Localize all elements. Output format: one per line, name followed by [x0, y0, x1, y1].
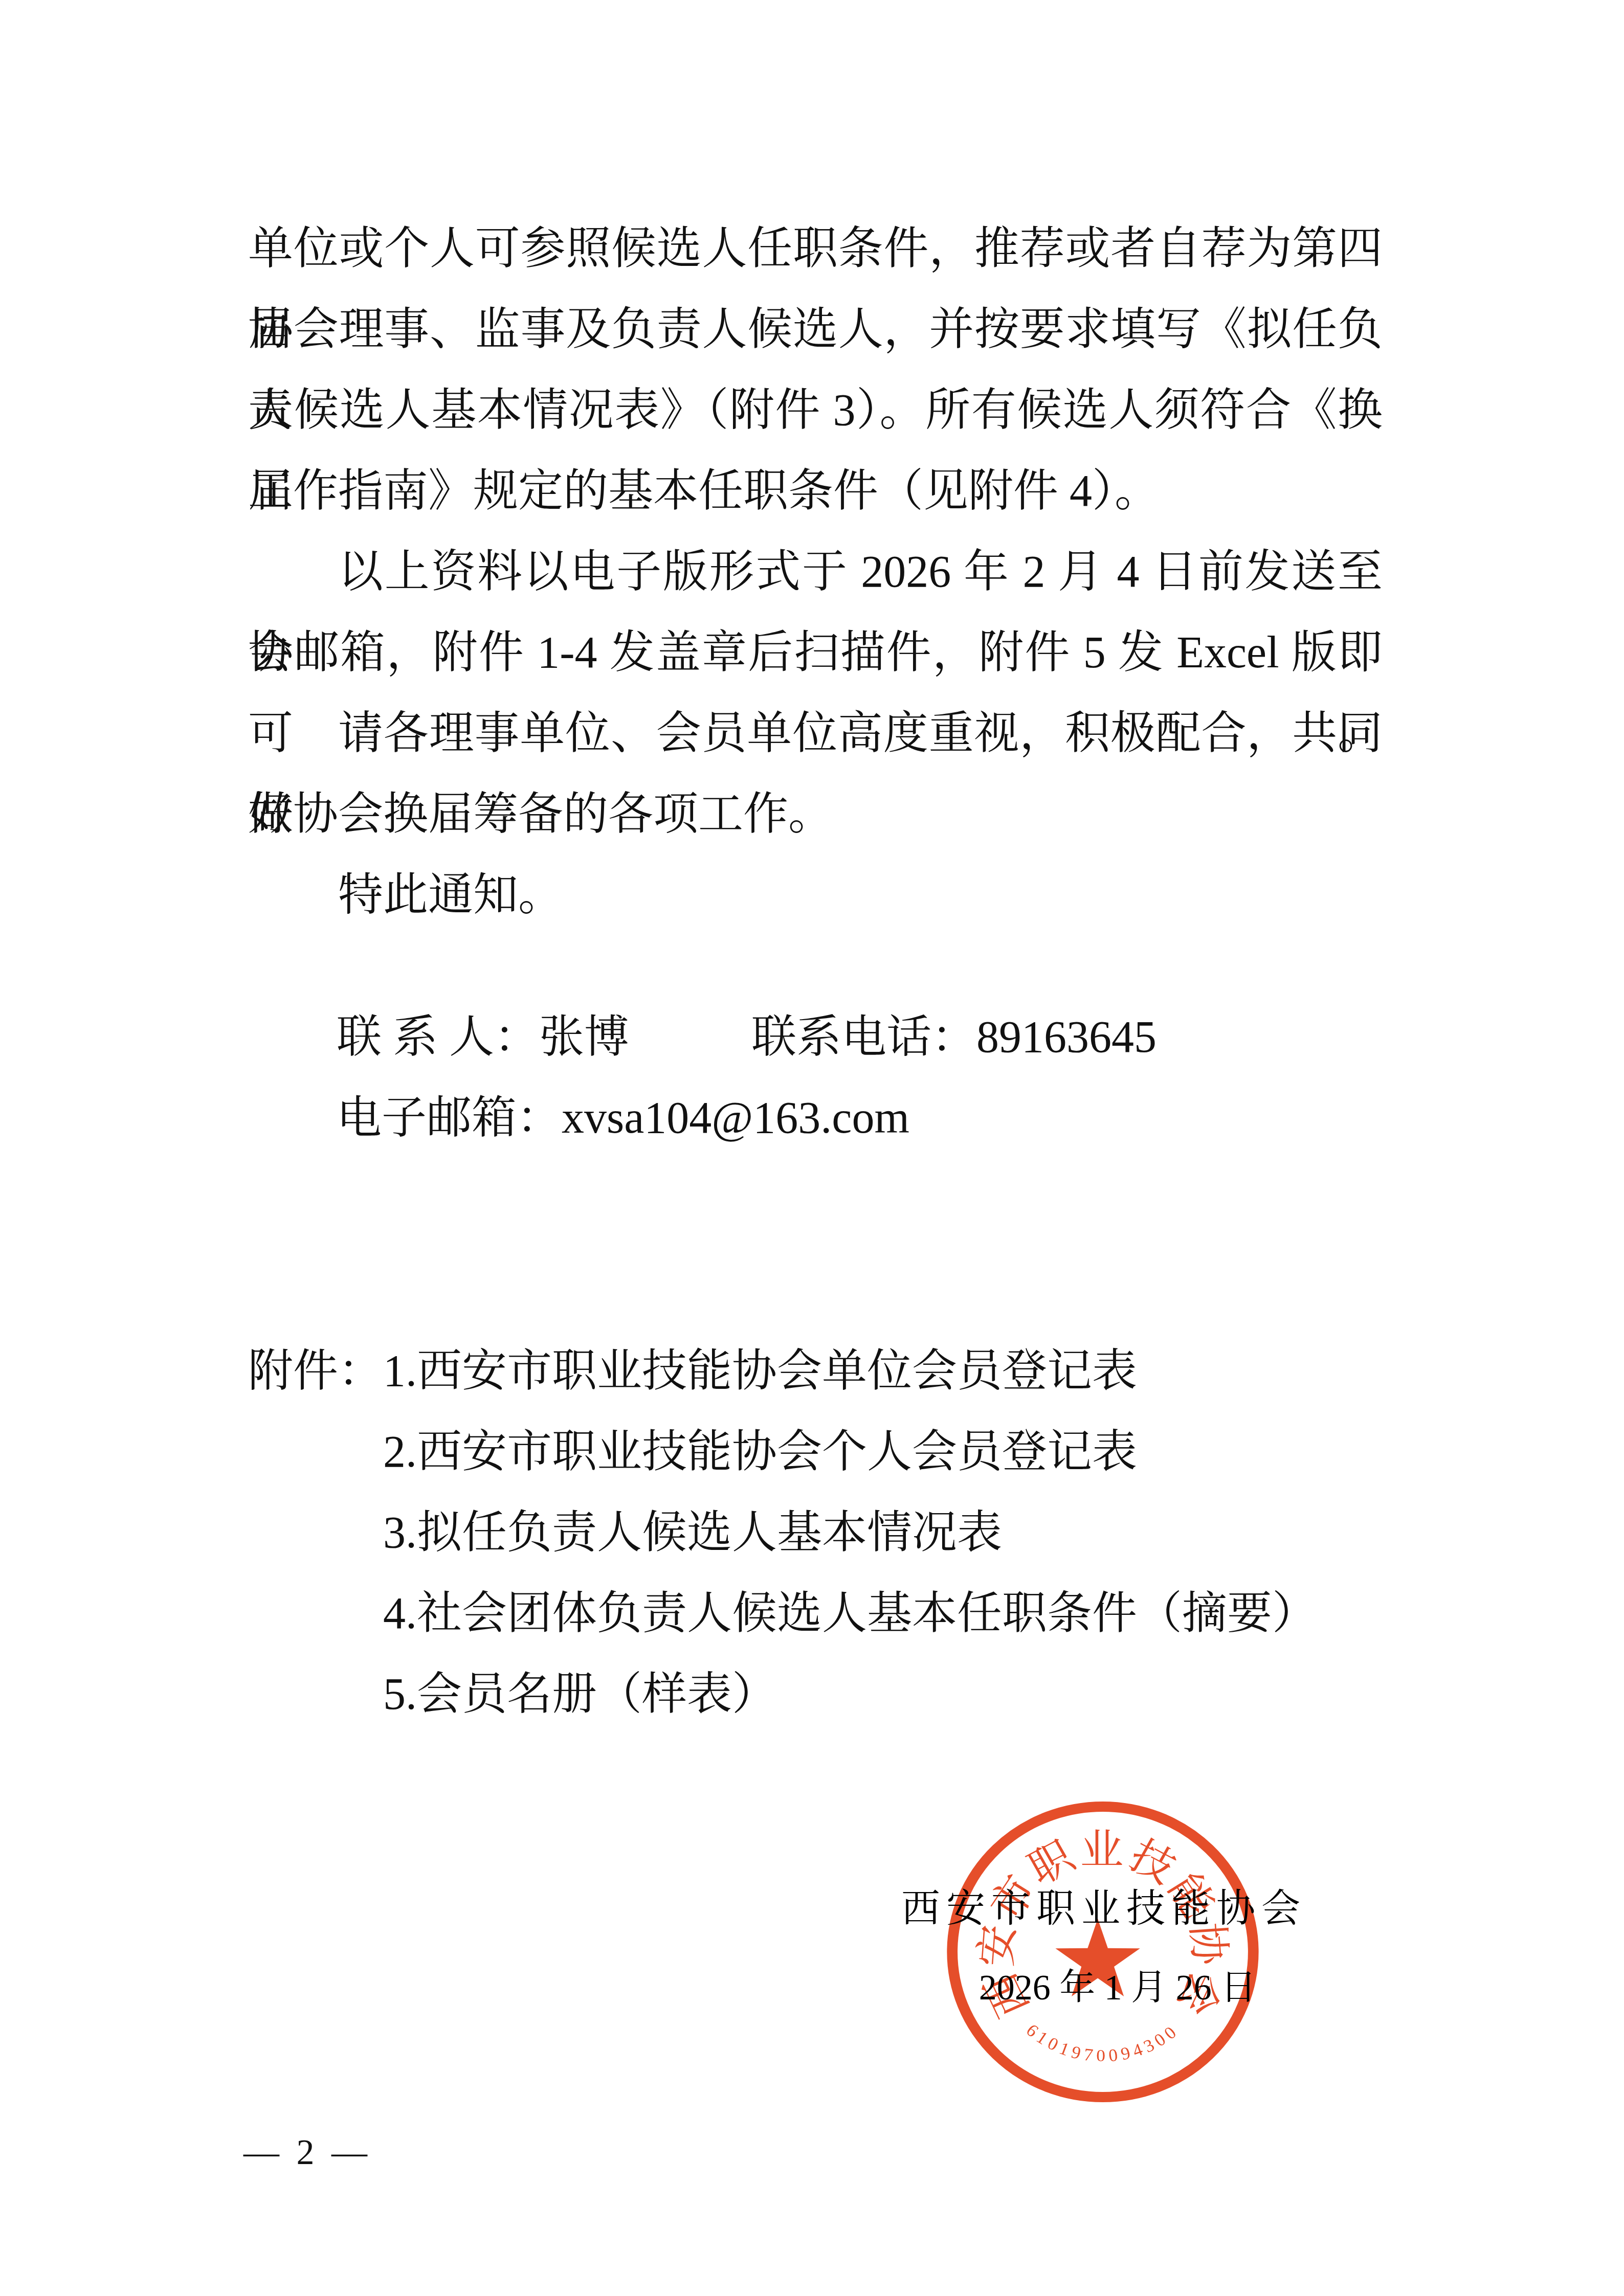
- contact-email: 电子邮箱：xvsa104@163.com: [337, 1093, 909, 1143]
- seal-code-text: 6101970094300: [1022, 2020, 1183, 2066]
- official-seal-stamp: 西安市职业技能协会 6101970094300: [941, 1796, 1264, 2108]
- attachment-row: 3.拟任负责人候选人基本情况表: [248, 1493, 1002, 1573]
- seal-code-textpath: 6101970094300: [1022, 2020, 1183, 2066]
- attachment-row: 附件：1.西安市职业技能协会单位会员登记表: [248, 1331, 1137, 1412]
- body-line: 人候选人基本情况表》（附件 3）。所有候选人须符合《换届: [248, 370, 1383, 451]
- contact-phone: 联系电话：89163645: [751, 997, 1156, 1078]
- attachment-row: 4.社会团体负责人候选人基本任职条件（摘要）: [248, 1573, 1317, 1654]
- body-line: 工作指南》规定的基本任职条件（见附件 4）。: [248, 451, 1383, 532]
- contact-line: 联 系 人：张博 联系电话：89163645: [337, 997, 629, 1078]
- attachment-row: 2.西安市职业技能协会个人会员登记表: [248, 1412, 1137, 1493]
- document-page: 单位或个人可参照候选人任职条件，推荐或者自荐为第四届 协会理事、监事及负责人候选…: [0, 0, 1624, 2296]
- page-number: — 2 —: [243, 2131, 371, 2174]
- seal-graphic: 西安市职业技能协会 6101970094300: [941, 1796, 1264, 2108]
- body-line: 单位或个人可参照候选人任职条件，推荐或者自荐为第四届: [248, 209, 1383, 289]
- signature-organization: 西安市职业技能协会: [901, 1881, 1305, 1937]
- signature-date: 2026 年 1 月 26 日: [946, 1960, 1289, 2016]
- contact-person: 联 系 人：张博: [337, 1012, 629, 1062]
- attachments-label: 附件：: [248, 1331, 383, 1412]
- attachment-row: 5.会员名册（样表）: [248, 1654, 777, 1735]
- contact-email-line: 电子邮箱：xvsa104@163.com: [337, 1078, 909, 1159]
- body-line: 请各理事单位、会员单位高度重视，积极配合，共同做: [248, 693, 1383, 774]
- body-line: 特此通知。: [248, 855, 1383, 936]
- attachment-item: 1.西安市职业技能协会单位会员登记表: [383, 1331, 1137, 1412]
- body-line: 好协会换届筹备的各项工作。: [248, 774, 1383, 855]
- body-line: 协会理事、监事及负责人候选人，并按要求填写《拟任负责: [248, 289, 1383, 370]
- body-line: 会邮箱，附件 1-4 发盖章后扫描件，附件 5 发 Excel 版即可。: [248, 613, 1383, 693]
- body-line: 以上资料以电子版形式于 2026 年 2 月 4 日前发送至协: [248, 532, 1383, 613]
